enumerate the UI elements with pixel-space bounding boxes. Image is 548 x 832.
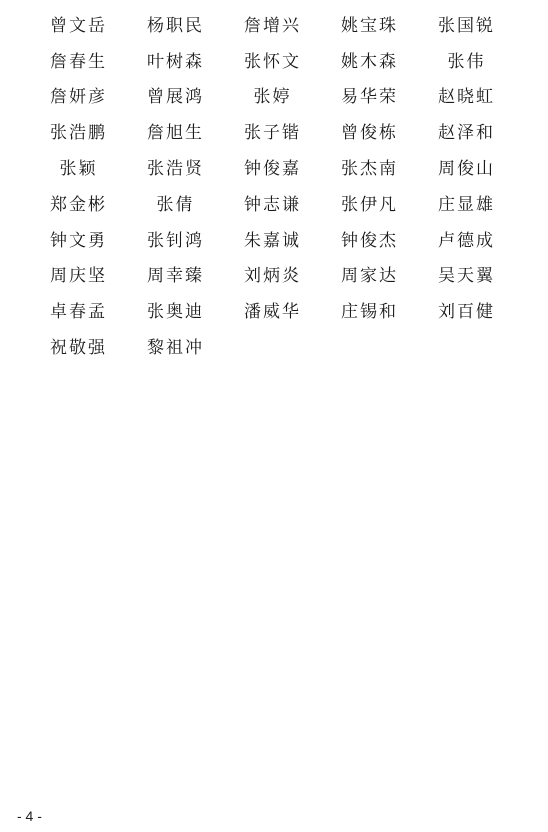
name-cell: 张钊鸿 — [127, 231, 224, 251]
name-cell: 张浩鹏 — [30, 123, 127, 143]
name-cell: 叶树森 — [127, 52, 224, 72]
name-cell: 周幸臻 — [127, 266, 224, 286]
name-cell: 庄锡和 — [321, 302, 418, 322]
name-cell: 杨职民 — [127, 16, 224, 36]
name-cell: 张浩贤 — [127, 159, 224, 179]
name-cell: 钟俊嘉 — [224, 159, 321, 179]
name-cell: 庄显雄 — [418, 195, 515, 215]
name-cell: 钟志谦 — [224, 195, 321, 215]
name-cell: 曾展鸿 — [127, 87, 224, 107]
name-cell: 张奥迪 — [127, 302, 224, 322]
name-cell: 赵晓虹 — [418, 87, 515, 107]
name-cell: 张伟 — [418, 52, 515, 72]
page-number: - 4 - — [17, 808, 42, 824]
name-row: 祝敬强 黎祖冲 — [30, 330, 520, 366]
name-cell: 詹增兴 — [224, 16, 321, 36]
name-row: 郑金彬 张倩 钟志谦 张伊凡 庄显雄 — [30, 187, 520, 223]
name-row: 詹妍彦 曾展鸿 张婷 易华荣 赵晓虹 — [30, 80, 520, 116]
name-cell: 刘炳炎 — [224, 266, 321, 286]
name-cell: 潘威华 — [224, 302, 321, 322]
name-cell: 张怀文 — [224, 52, 321, 72]
name-cell: 周家达 — [321, 266, 418, 286]
name-cell: 卓春孟 — [30, 302, 127, 322]
name-cell: 郑金彬 — [30, 195, 127, 215]
name-cell: 张倩 — [127, 195, 224, 215]
name-row: 钟文勇 张钊鸿 朱嘉诚 钟俊杰 卢德成 — [30, 223, 520, 259]
name-cell: 曾文岳 — [30, 16, 127, 36]
name-cell: 姚宝珠 — [321, 16, 418, 36]
name-cell: 姚木森 — [321, 52, 418, 72]
name-cell: 钟文勇 — [30, 231, 127, 251]
name-cell: 张婷 — [224, 87, 321, 107]
name-cell: 曾俊栋 — [321, 123, 418, 143]
name-row: 卓春孟 张奥迪 潘威华 庄锡和 刘百健 — [30, 294, 520, 330]
name-cell: 张颖 — [30, 159, 127, 179]
name-cell: 詹妍彦 — [30, 87, 127, 107]
name-cell: 周俊山 — [418, 159, 515, 179]
name-cell: 张国锐 — [418, 16, 515, 36]
name-cell: 吴天翼 — [418, 266, 515, 286]
name-cell: 赵泽和 — [418, 123, 515, 143]
name-cell: 卢德成 — [418, 231, 515, 251]
name-cell: 张伊凡 — [321, 195, 418, 215]
name-cell: 周庆坚 — [30, 266, 127, 286]
name-cell: 张子锴 — [224, 123, 321, 143]
document-page: 曾文岳 杨职民 詹增兴 姚宝珠 张国锐 詹春生 叶树森 张怀文 姚木森 张伟 詹… — [0, 0, 548, 832]
name-row: 张浩鹏 詹旭生 张子锴 曾俊栋 赵泽和 — [30, 115, 520, 151]
name-cell: 易华荣 — [321, 87, 418, 107]
name-list-grid: 曾文岳 杨职民 詹增兴 姚宝珠 张国锐 詹春生 叶树森 张怀文 姚木森 张伟 詹… — [30, 8, 520, 366]
name-cell: 刘百健 — [418, 302, 515, 322]
name-cell: 张杰南 — [321, 159, 418, 179]
name-row: 张颖 张浩贤 钟俊嘉 张杰南 周俊山 — [30, 151, 520, 187]
name-cell: 祝敬强 — [30, 338, 127, 358]
name-row: 詹春生 叶树森 张怀文 姚木森 张伟 — [30, 44, 520, 80]
name-cell: 黎祖冲 — [127, 338, 224, 358]
name-row: 周庆坚 周幸臻 刘炳炎 周家达 吴天翼 — [30, 259, 520, 295]
name-cell: 詹旭生 — [127, 123, 224, 143]
name-cell: 朱嘉诚 — [224, 231, 321, 251]
name-cell: 钟俊杰 — [321, 231, 418, 251]
name-row: 曾文岳 杨职民 詹增兴 姚宝珠 张国锐 — [30, 8, 520, 44]
name-cell: 詹春生 — [30, 52, 127, 72]
